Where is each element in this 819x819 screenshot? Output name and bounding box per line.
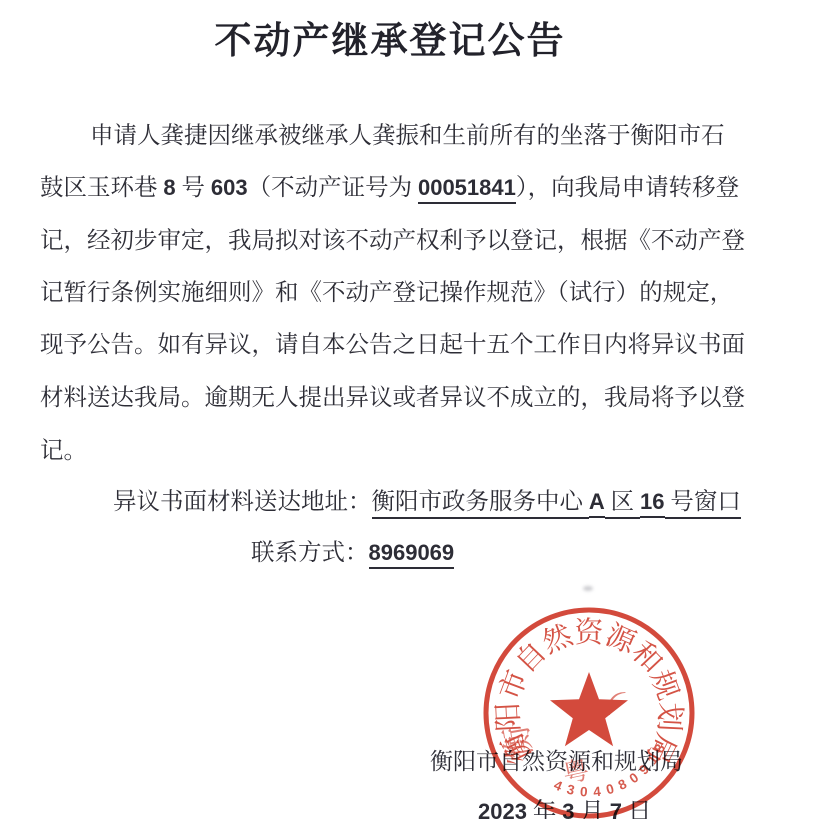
- text-run: （不动产证号为: [248, 175, 418, 201]
- seal-code-digit: 4: [552, 777, 565, 794]
- text-run: 衡阳市政务服务中心: [372, 489, 589, 519]
- seal-ring-character: 资: [574, 616, 604, 649]
- seal-code-digit: 8: [616, 776, 630, 793]
- paragraph-line-7: 记。: [40, 436, 87, 466]
- paragraph-line-3: 记，经初步审定，我局拟对该不动产权利予以登记，根据《不动产登: [40, 226, 745, 256]
- seal-ring-character: 划: [652, 702, 686, 733]
- seal-code-digit: 0: [604, 781, 615, 797]
- text-run: 号窗口: [665, 489, 741, 519]
- text-run: 16: [640, 489, 664, 518]
- text-run: 联系方式：: [251, 540, 369, 566]
- seal-code-digit: 9: [636, 762, 652, 778]
- objection-address-line: 异议书面材料送达地址：衡阳市政务服务中心 A 区 16 号窗口: [113, 487, 741, 517]
- seal-ghost-fragment: 衡: [497, 723, 538, 761]
- text-run: ），向我局申请转移登: [516, 175, 739, 201]
- seal-ghost-fragment: 粤: [560, 755, 591, 789]
- text-run: 记，经初步审定，我局拟对该不动产权利予以登记，根据《不动产登: [40, 228, 745, 254]
- official-red-seal: 衡阳市自然资源和规划局4304080918衡粤（: [478, 602, 700, 819]
- contact-phone-line: 联系方式：8969069: [251, 538, 454, 568]
- text-run: 记。: [40, 438, 87, 464]
- seal-code-digit: 0: [580, 784, 588, 799]
- announcement-document: 不动产继承登记公告 申请人龚捷因继承被继承人龚振和生前所有的坐落于衡阳市石 鼓区…: [0, 0, 819, 819]
- text-run: 材料送达我局。逾期无人提出异议或者异议不成立的，我局将予以登: [40, 385, 745, 411]
- text-run: A: [589, 489, 605, 518]
- paragraph-line-5: 现予公告。如有异议，请自本公告之日起十五个工作日内将异议书面: [40, 330, 745, 360]
- seal-code-digit: 4: [593, 784, 602, 800]
- text-run: 现予公告。如有异议，请自本公告之日起十五个工作日内将异议书面: [40, 332, 745, 358]
- text-run: 00051841: [418, 175, 516, 204]
- seal-code-digit: 0: [627, 770, 642, 787]
- text-run: 记暂行条例实施细则》和《不动产登记操作规范》（试行）的规定，: [40, 280, 733, 306]
- scan-artifact-speck: [583, 586, 593, 591]
- text-run: 区: [605, 489, 640, 519]
- text-run: 申请人龚捷因继承被继承人龚振和生前所有的坐落于衡阳市石: [90, 123, 725, 149]
- text-run: 异议书面材料送达地址：: [113, 489, 372, 515]
- paragraph-line-1: 申请人龚捷因继承被继承人龚振和生前所有的坐落于衡阳市石: [90, 121, 725, 151]
- seal-graphic: 衡阳市自然资源和规划局4304080918衡粤（: [478, 602, 700, 819]
- paragraph-line-4: 记暂行条例实施细则》和《不动产登记操作规范》（试行）的规定，: [40, 278, 733, 308]
- text-run: 8: [163, 175, 175, 200]
- text-run: 603: [211, 175, 248, 200]
- paragraph-line-6: 材料送达我局。逾期无人提出异议或者异议不成立的，我局将予以登: [40, 383, 745, 413]
- paragraph-line-2: 鼓区玉环巷 8 号 603（不动产证号为 00051841），向我局申请转移登: [40, 173, 739, 203]
- document-title: 不动产继承登记公告: [0, 10, 780, 64]
- text-run: 鼓区玉环巷: [40, 175, 163, 201]
- text-run: 号: [176, 175, 211, 201]
- text-run: 8969069: [369, 540, 455, 569]
